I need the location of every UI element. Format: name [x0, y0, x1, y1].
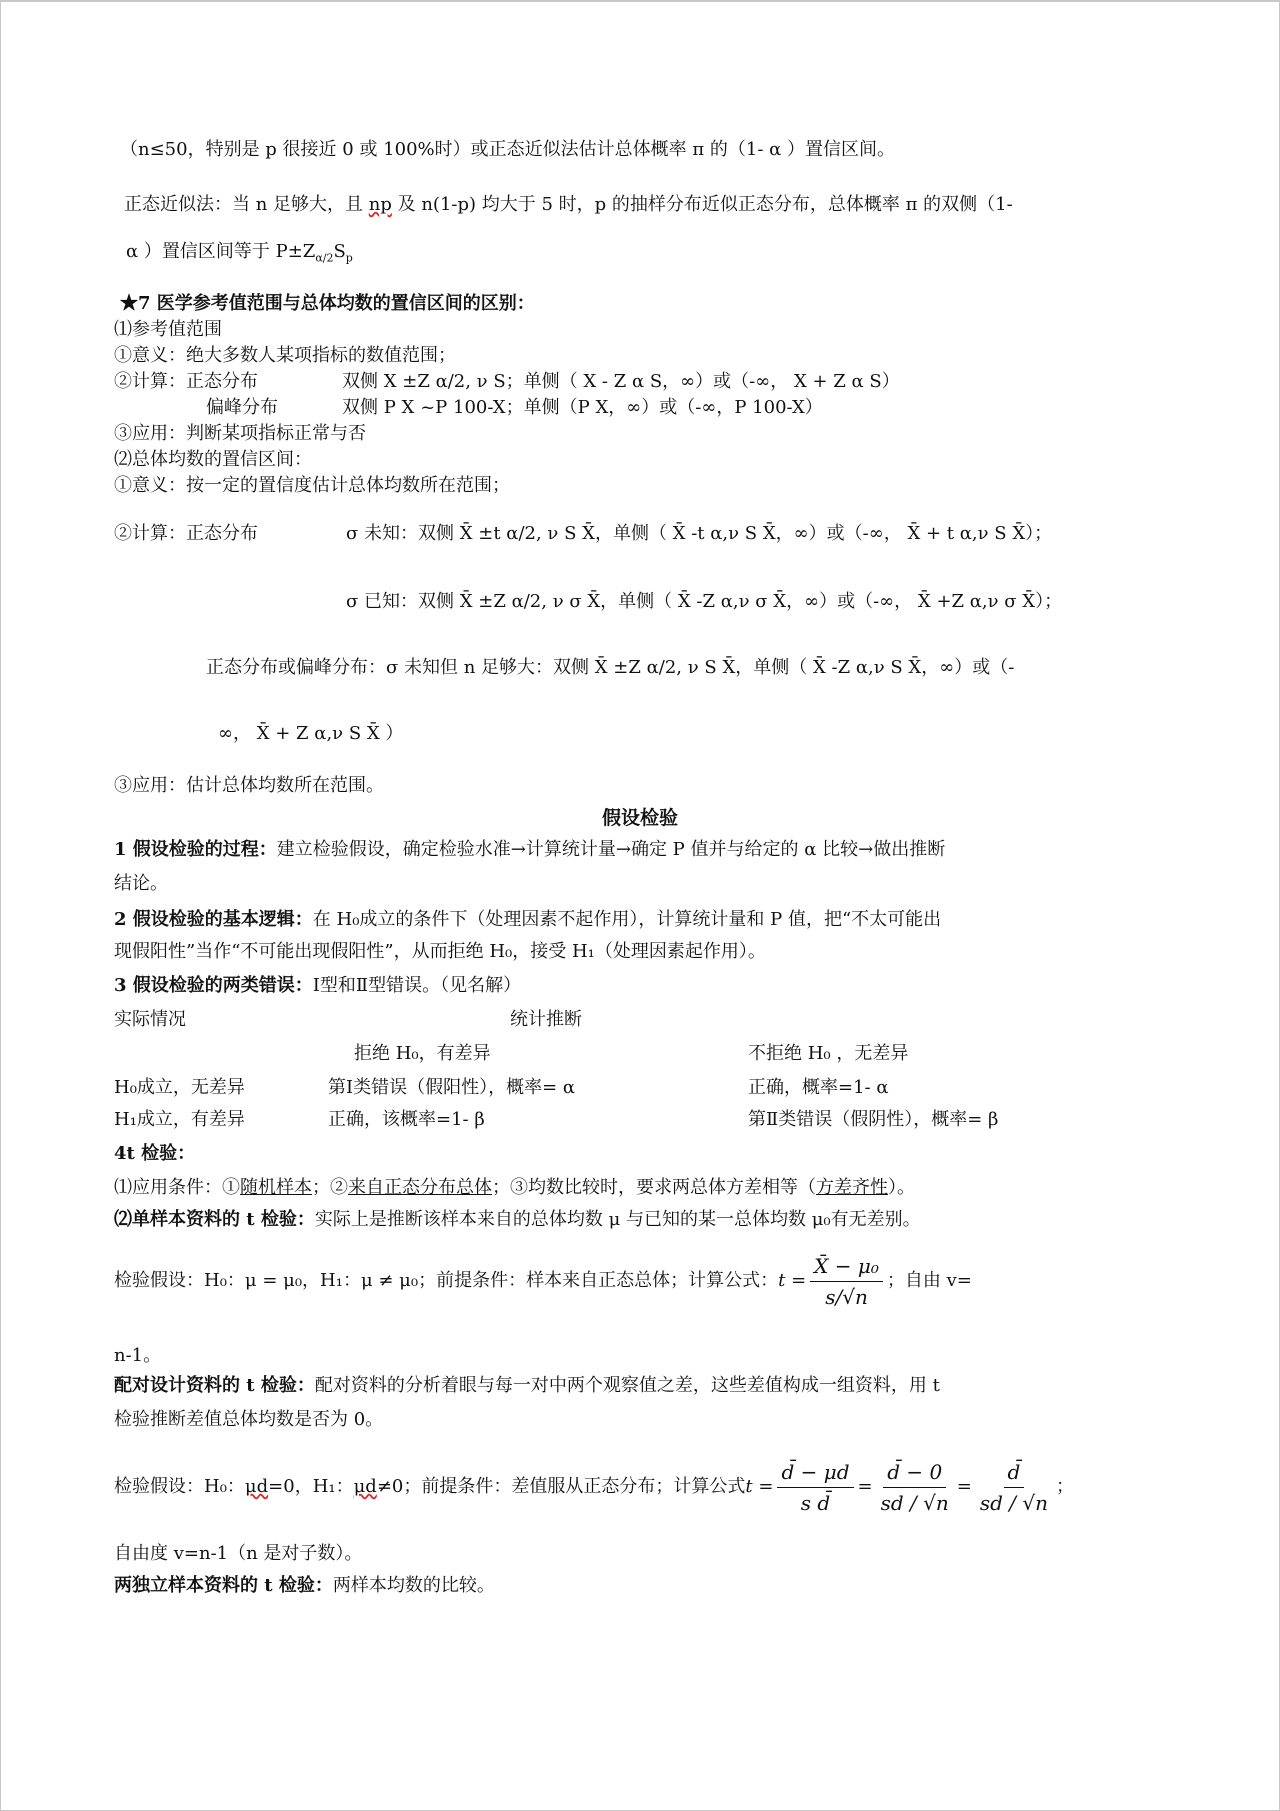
one-sample-hypothesis: 检验假设：H₀：μ = μ₀，H₁：μ ≠ μ₀；前提条件：样本来自正态总体；计… [114, 1252, 972, 1310]
ref-range-application: ③应用：判断某项指标正常与否 [114, 422, 366, 446]
paired-formula-3: d̄sd / √n [976, 1459, 1052, 1516]
underlined-term: 来自正态分布总体 [348, 1177, 492, 1198]
text: ；③均数比较时，要求两总体方差相等（ [492, 1177, 816, 1198]
table-subheader-not-reject: 不拒绝 H₀ ，无差异 [748, 1042, 908, 1066]
text: 建立检验假设，确定检验水准→计算统计量→确定 P 值并与给定的 α 比较→做出推… [277, 839, 945, 860]
paired-hypothesis: 检验假设：H₀：μd=0，H₁：μd≠0；前提条件：差值服从正态分布；计算公式t… [114, 1458, 1074, 1516]
hypothesis-p1-cont: 结论。 [114, 872, 168, 896]
ci-proportion-line-1: （n≤50，特别是 p 很接近 0 或 100%时）或正态近似法估计总体概率 π… [120, 138, 895, 162]
ci-proportion-line-3: α ）置信区间等于 P±Zα/2Sp [126, 240, 353, 264]
text: 在 H₀成立的条件下（处理因素不起作用），计算统计量和 P 值，把“不太可能出 [313, 909, 941, 930]
formula-numerator: X̄ − μ₀ [810, 1253, 883, 1282]
ref-range-meaning: ①意义：绝大多数人某项指标的数值范围； [114, 344, 456, 368]
formula-lhs: t = [778, 1270, 806, 1291]
text: 正态近似法：当 n 足够大，且 [124, 194, 369, 215]
t-test-conditions: ⑴应用条件：①随机样本；②来自正态分布总体；③均数比较时，要求两总体方差相等（方… [114, 1176, 915, 1200]
text: 配对资料的分析着眼与每一对中两个观察值之差，这些差值构成一组资料，用 t [315, 1375, 940, 1396]
one-sample-formula: X̄ − μ₀s/√n [810, 1253, 883, 1310]
table-cell: 第Ⅰ类错误（假阳性），概率= α [328, 1076, 575, 1100]
text: 实际上是推断该样本来自的总体均数 μ 与已知的某一总体均数 μ₀有无差别。 [315, 1209, 921, 1230]
ref-range-calc-skew: 双侧 P X ~P 100-X；单侧（P X，∞）或（-∞，P 100-X） [342, 396, 823, 420]
ci-mean-large-n-1: 正态分布或偏峰分布：σ 未知但 n 足够大：双侧 X̄ ±Z α/2, ν S … [206, 656, 1014, 680]
text: ；② [312, 1177, 348, 1198]
one-sample-t-test: ⑵单样本资料的 t 检验：实际上是推断该样本来自的总体均数 μ 与已知的某一总体… [114, 1208, 921, 1232]
formula-numerator: d̄ [1004, 1459, 1025, 1488]
text: 检验假设：H₀： [114, 1476, 245, 1497]
one-sample-df: n-1。 [114, 1344, 161, 1368]
hypothesis-p1: 1 假设检验的过程：建立检验假设，确定检验水准→计算统计量→确定 P 值并与给定… [114, 838, 945, 862]
text: ⑴应用条件：① [114, 1177, 240, 1198]
underlined-term: 随机样本 [240, 1177, 312, 1198]
ref-range-calc-label: ②计算：正态分布 [114, 370, 258, 394]
text: Ⅰ型和Ⅱ型错误。（见名解） [313, 975, 521, 996]
text: ≠0；前提条件：差值服从正态分布；计算公式 [377, 1476, 746, 1497]
table-row-label: H₁成立，有差异 [114, 1108, 245, 1132]
ci-mean-meaning: ①意义：按一定的置信度估计总体均数所在范围； [114, 474, 510, 498]
paired-formula-1: d̄ − μds d̄ [777, 1459, 853, 1516]
formula-denominator: sd / √n [976, 1488, 1052, 1516]
ci-mean-heading: ⑵总体均数的置信区间： [114, 448, 312, 472]
paired-formula-2: d̄ − 0sd / √n [877, 1459, 953, 1516]
ref-range-heading: ⑴参考值范围 [114, 318, 222, 342]
formula-denominator: s/√n [821, 1282, 872, 1310]
spellcheck-word: μd [354, 1476, 377, 1497]
bold-label: 3 假设检验的两类错误： [114, 975, 313, 996]
ci-mean-sigma-known: σ 已知：双侧 X̄ ±Z α/2, ν σ X̄，单侧（ X̄ -Z α,ν … [346, 590, 1062, 614]
text: =0，H₁： [268, 1476, 353, 1497]
ci-mean-large-n-2: ∞， X̄ + Z α,ν S X̄ ） [218, 722, 403, 746]
ref-range-calc-normal: 双侧 X ±Z α/2, ν S；单侧（ X - Z α S，∞）或（-∞， X… [342, 370, 900, 394]
spellcheck-word: μd [245, 1476, 268, 1497]
formula-denominator: sd / √n [877, 1488, 953, 1516]
two-sample-t-test: 两独立样本资料的 t 检验：两样本均数的比较。 [114, 1574, 495, 1598]
bold-label: 配对设计资料的 t 检验： [114, 1375, 315, 1396]
ci-mean-calc-label: ②计算：正态分布 [114, 522, 258, 546]
paired-df: 自由度 v=n-1（n 是对子数）。 [114, 1542, 362, 1566]
ci-proportion-line-2: 正态近似法：当 n 足够大，且 np 及 n(1-p) 均大于 5 时，p 的抽… [124, 193, 1013, 217]
section-7-title: ★7 医学参考值范围与总体均数的置信区间的区别： [120, 292, 535, 316]
bold-label: 1 假设检验的过程： [114, 839, 277, 860]
formula-numerator: d̄ − μd [777, 1459, 853, 1488]
text: α ）置信区间等于 P±Z [126, 241, 315, 262]
ref-range-skew-label: 偏峰分布 [206, 396, 278, 420]
text: 及 n(1-p) 均大于 5 时，p 的抽样分布近似正态分布，总体概率 π 的双… [392, 194, 1013, 215]
table-cell: 正确，概率=1- α [748, 1076, 889, 1100]
table-header-actual: 实际情况 [114, 1008, 186, 1032]
text: 检验假设：H₀：μ = μ₀，H₁：μ ≠ μ₀；前提条件：样本来自正态总体；计… [114, 1270, 778, 1291]
document-page [0, 0, 1280, 1811]
underlined-term: 方差齐性 [816, 1177, 888, 1198]
paired-t-test-cont: 检验推断差值总体均数是否为 0。 [114, 1408, 383, 1432]
formula-lhs: t = [745, 1476, 773, 1497]
bold-label: 2 假设检验的基本逻辑： [114, 909, 313, 930]
table-row-label: H₀成立，无差异 [114, 1076, 245, 1100]
text: S [333, 241, 345, 262]
table-cell: 正确，该概率=1- β [328, 1108, 485, 1132]
ci-mean-sigma-unknown: σ 未知：双侧 X̄ ±t α/2, ν S X̄，单侧（ X̄ -t α,ν … [346, 522, 1052, 546]
spellcheck-word: np [369, 194, 392, 215]
t-test-heading: 4t 检验： [114, 1142, 195, 1166]
text: ；自由 v= [887, 1270, 972, 1291]
subscript: p [346, 252, 353, 265]
text: ）。 [888, 1177, 915, 1198]
formula-numerator: d̄ − 0 [883, 1459, 946, 1488]
table-cell: 第Ⅱ类错误（假阴性），概率= β [748, 1108, 998, 1132]
formula-denominator: s d̄ [797, 1488, 834, 1516]
text: 两样本均数的比较。 [333, 1575, 495, 1596]
table-subheader-reject: 拒绝 H₀，有差异 [354, 1042, 491, 1066]
hypothesis-title: 假设检验 [0, 806, 1280, 830]
hypothesis-p2-cont: 现假阳性”当作“不可能出现假阳性”，从而拒绝 H₀，接受 H₁（处理因素起作用）… [114, 940, 766, 964]
paired-t-test: 配对设计资料的 t 检验：配对资料的分析着眼与每一对中两个观察值之差，这些差值构… [114, 1374, 940, 1398]
bold-label: ⑵单样本资料的 t 检验： [114, 1209, 315, 1230]
hypothesis-p3: 3 假设检验的两类错误：Ⅰ型和Ⅱ型错误。（见名解） [114, 974, 521, 998]
table-header-inference: 统计推断 [510, 1008, 582, 1032]
subscript: α/2 [315, 252, 333, 265]
ci-mean-application: ③应用：估计总体均数所在范围。 [114, 774, 384, 798]
bold-label: 两独立样本资料的 t 检验： [114, 1575, 333, 1596]
hypothesis-p2: 2 假设检验的基本逻辑：在 H₀成立的条件下（处理因素不起作用），计算统计量和 … [114, 908, 941, 932]
